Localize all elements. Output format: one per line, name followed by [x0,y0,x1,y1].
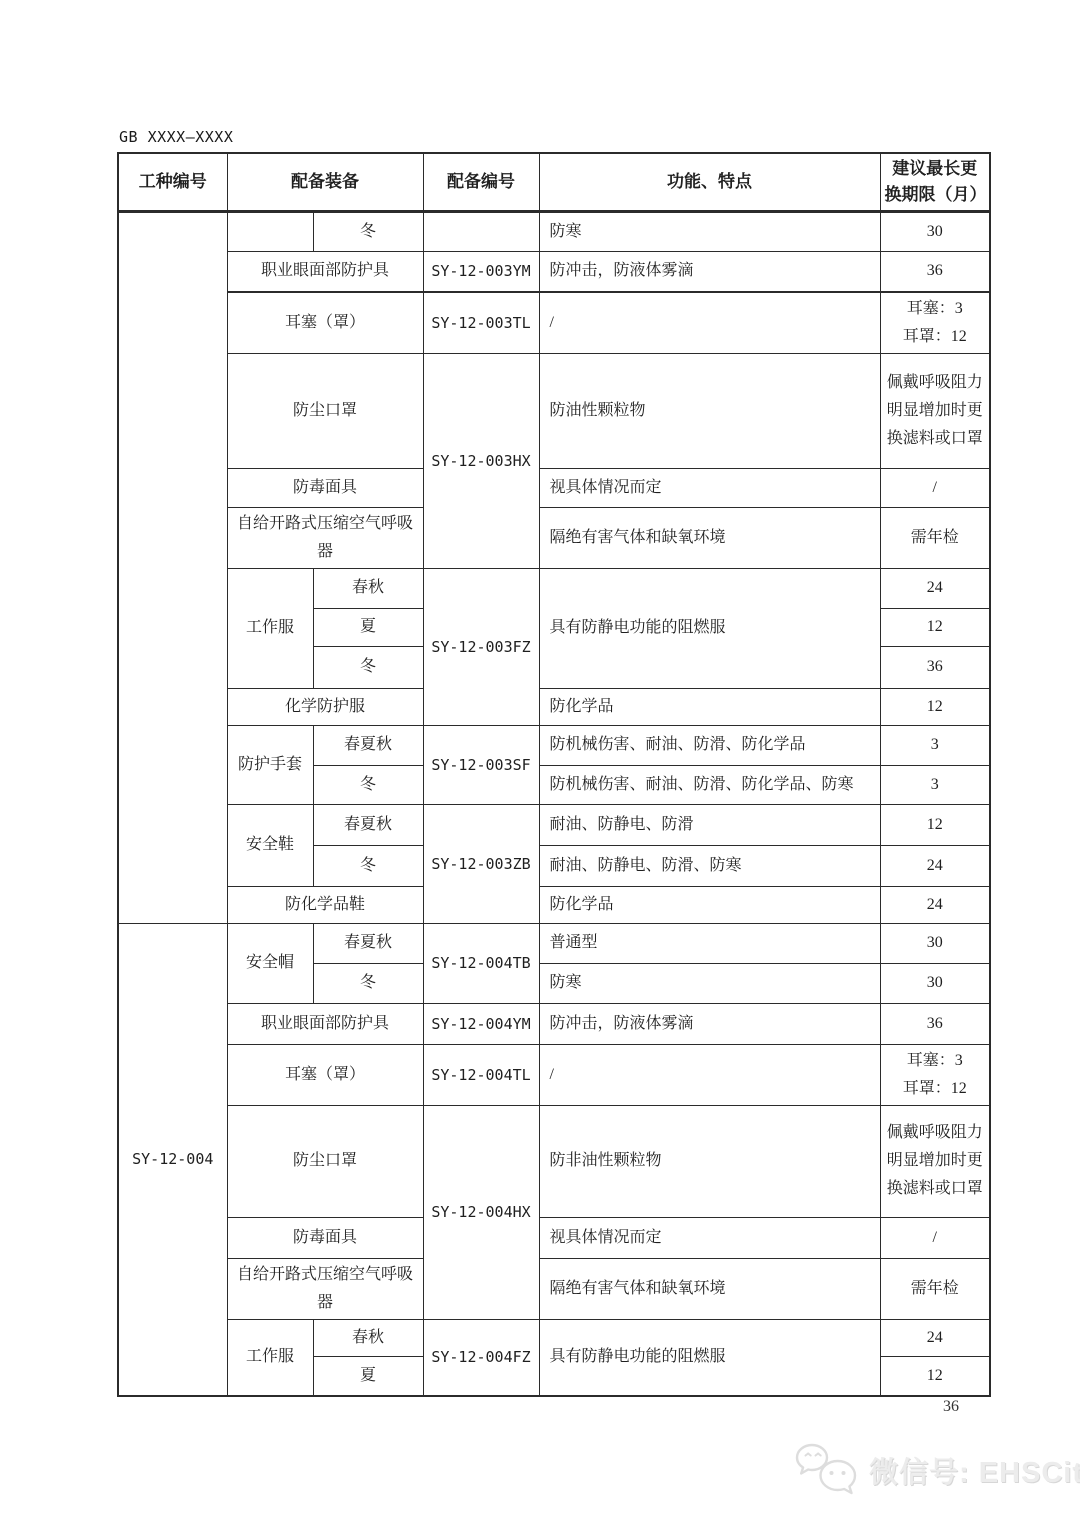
equipment-cell: 耳塞（罩） [227,292,423,354]
function-cell: 耐油、防静电、防滑、防寒 [539,845,880,886]
equipment-code-cell: SY-12-003FZ [423,568,539,725]
function-cell: 隔绝有害气体和缺氧环境 [539,1258,880,1319]
equipment-cell: 防毒面具 [227,1217,423,1258]
function-cell: 防冲击，防液体雾滴 [539,1003,880,1044]
function-cell: 视具体情况而定 [539,1217,880,1258]
job-code-cell [118,212,227,924]
replacement-period-cell: 30 [880,923,990,963]
table-row: 工作服春秋SY-12-004FZ具有防静电功能的阻燃服24 [118,1319,990,1356]
season-cell: 夏 [313,1356,423,1396]
replacement-period-cell: 24 [880,568,990,608]
table-row: 防护手套春夏秋SY-12-003SF防机械伤害、耐油、防滑、防化学品3 [118,725,990,765]
equipment-cell: 自给开路式压缩空气呼吸器 [227,1258,423,1319]
equipment-code-cell [423,212,539,252]
table-row: 耳塞（罩）SY-12-003TL/耳塞：3 耳罩：12 [118,292,990,354]
replacement-period-cell: 12 [880,804,990,845]
table-row: 防尘口罩SY-12-004HX防非油性颗粒物佩戴呼吸阻力明显增加时更换滤料或口罩 [118,1105,990,1217]
equipment-cell: 工作服 [227,568,313,688]
replacement-period-cell: 36 [880,1003,990,1044]
watermark-text: 微信号: EHSCity [869,1450,1080,1491]
equipment-cell: 耳塞（罩） [227,1044,423,1105]
function-cell: 防寒 [539,963,880,1003]
equipment-cell: 安全鞋 [227,804,313,886]
season-cell: 冬 [313,212,423,252]
table-row: 防尘口罩SY-12-003HX防油性颗粒物佩戴呼吸阻力明显增加时更换滤料或口罩 [118,353,990,468]
equipment-code-cell: SY-12-004TB [423,923,539,1003]
watermark: 微信号: EHSCity [795,1443,1080,1497]
replacement-period-cell: 36 [880,646,990,688]
replacement-period-cell: 12 [880,1356,990,1396]
function-cell: 防寒 [539,212,880,252]
table-row: 职业眼面部防护具SY-12-003YM防冲击，防液体雾滴36 [118,252,990,292]
season-cell: 春秋 [313,568,423,608]
equipment-cell: 工作服 [227,1319,313,1396]
equipment-code-cell: SY-12-003ZB [423,804,539,923]
replacement-period-cell: 36 [880,252,990,292]
equipment-cell: 自给开路式压缩空气呼吸器 [227,507,423,568]
equipment-cell [227,212,313,252]
function-cell: 具有防静电功能的阻燃服 [539,1319,880,1396]
equipment-code-cell: SY-12-004TL [423,1044,539,1105]
column-header: 配备装备 [227,153,423,212]
replacement-period-cell: 耳塞：3 耳罩：12 [880,1044,990,1105]
season-cell: 冬 [313,765,423,804]
season-cell: 冬 [313,845,423,886]
column-header: 功能、特点 [539,153,880,212]
replacement-period-cell: 3 [880,725,990,765]
equipment-code-cell: SY-12-004YM [423,1003,539,1044]
table-row: 职业眼面部防护具SY-12-004YM防冲击，防液体雾滴36 [118,1003,990,1044]
table-row: SY-12-004安全帽春夏秋SY-12-004TB普通型30 [118,923,990,963]
table-row: 自给开路式压缩空气呼吸器隔绝有害气体和缺氧环境需年检 [118,1258,990,1319]
function-cell: 视具体情况而定 [539,468,880,507]
function-cell: 防化学品 [539,688,880,725]
function-cell: 隔绝有害气体和缺氧环境 [539,507,880,568]
standard-number-header: GB XXXX—XXXX [119,128,233,146]
season-cell: 冬 [313,646,423,688]
season-cell: 春夏秋 [313,923,423,963]
replacement-period-cell: 3 [880,765,990,804]
equipment-cell: 职业眼面部防护具 [227,1003,423,1044]
function-cell: 普通型 [539,923,880,963]
replacement-period-cell: 24 [880,1319,990,1356]
column-header: 配备编号 [423,153,539,212]
table-row: 防化学品鞋防化学品24 [118,886,990,923]
season-cell: 冬 [313,963,423,1003]
equipment-code-cell: SY-12-004FZ [423,1319,539,1396]
replacement-period-cell: 需年检 [880,507,990,568]
equipment-cell: 安全帽 [227,923,313,1003]
header-row: 工种编号配备装备配备编号功能、特点建议最长更 换期限（月） [118,153,990,212]
equipment-code-cell: SY-12-003TL [423,292,539,354]
replacement-period-cell: / [880,1217,990,1258]
equipment-cell: 化学防护服 [227,688,423,725]
function-cell: 防冲击，防液体雾滴 [539,252,880,292]
function-cell: 耐油、防静电、防滑 [539,804,880,845]
replacement-period-cell: 12 [880,688,990,725]
column-header: 建议最长更 换期限（月） [880,153,990,212]
season-cell: 春夏秋 [313,725,423,765]
replacement-period-cell: 12 [880,608,990,646]
table-row: 防毒面具视具体情况而定/ [118,1217,990,1258]
equipment-cell: 防尘口罩 [227,353,423,468]
function-cell: / [539,1044,880,1105]
function-cell: 具有防静电功能的阻燃服 [539,568,880,688]
season-cell: 夏 [313,608,423,646]
equipment-code-cell: SY-12-003HX [423,353,539,568]
table-row: 防毒面具视具体情况而定/ [118,468,990,507]
table-row: 工作服春秋SY-12-003FZ具有防静电功能的阻燃服24 [118,568,990,608]
equipment-code-cell: SY-12-003SF [423,725,539,804]
equipment-cell: 防尘口罩 [227,1105,423,1217]
table-row: 冬防寒30 [118,212,990,252]
replacement-period-cell: 30 [880,963,990,1003]
equipment-cell: 防化学品鞋 [227,886,423,923]
replacement-period-cell: 需年检 [880,1258,990,1319]
page-number: 36 [933,1398,969,1416]
function-cell: 防油性颗粒物 [539,353,880,468]
replacement-period-cell: 30 [880,212,990,252]
table-row: 耳塞（罩）SY-12-004TL/耳塞：3 耳罩：12 [118,1044,990,1105]
replacement-period-cell: / [880,468,990,507]
table-row: 自给开路式压缩空气呼吸器隔绝有害气体和缺氧环境需年检 [118,507,990,568]
table-body: 冬防寒30职业眼面部防护具SY-12-003YM防冲击，防液体雾滴36耳塞（罩）… [118,212,990,1397]
table-row: 安全鞋春夏秋SY-12-003ZB耐油、防静电、防滑12 [118,804,990,845]
replacement-period-cell: 佩戴呼吸阻力明显增加时更换滤料或口罩 [880,1105,990,1217]
column-header: 工种编号 [118,153,227,212]
equipment-cell: 防护手套 [227,725,313,804]
equipment-cell: 防毒面具 [227,468,423,507]
replacement-period-cell: 24 [880,845,990,886]
function-cell: 防化学品 [539,886,880,923]
wechat-icon [795,1443,857,1497]
equipment-cell: 职业眼面部防护具 [227,252,423,292]
document-page: GB XXXX—XXXX 工种编号配备装备配备编号功能、特点建议最长更 换期限（… [0,0,1080,1527]
function-cell: / [539,292,880,354]
ppe-table: 工种编号配备装备配备编号功能、特点建议最长更 换期限（月） 冬防寒30职业眼面部… [117,152,991,1397]
season-cell: 春夏秋 [313,804,423,845]
function-cell: 防机械伤害、耐油、防滑、防化学品、防寒 [539,765,880,804]
season-cell: 春秋 [313,1319,423,1356]
replacement-period-cell: 24 [880,886,990,923]
replacement-period-cell: 佩戴呼吸阻力明显增加时更换滤料或口罩 [880,353,990,468]
function-cell: 防非油性颗粒物 [539,1105,880,1217]
table-header: 工种编号配备装备配备编号功能、特点建议最长更 换期限（月） [118,153,990,212]
function-cell: 防机械伤害、耐油、防滑、防化学品 [539,725,880,765]
equipment-code-cell: SY-12-004HX [423,1105,539,1319]
equipment-code-cell: SY-12-003YM [423,252,539,292]
table-row: 化学防护服防化学品12 [118,688,990,725]
job-code-cell: SY-12-004 [118,923,227,1396]
replacement-period-cell: 耳塞：3 耳罩：12 [880,292,990,354]
ppe-table-wrap: 工种编号配备装备配备编号功能、特点建议最长更 换期限（月） 冬防寒30职业眼面部… [117,152,991,1397]
